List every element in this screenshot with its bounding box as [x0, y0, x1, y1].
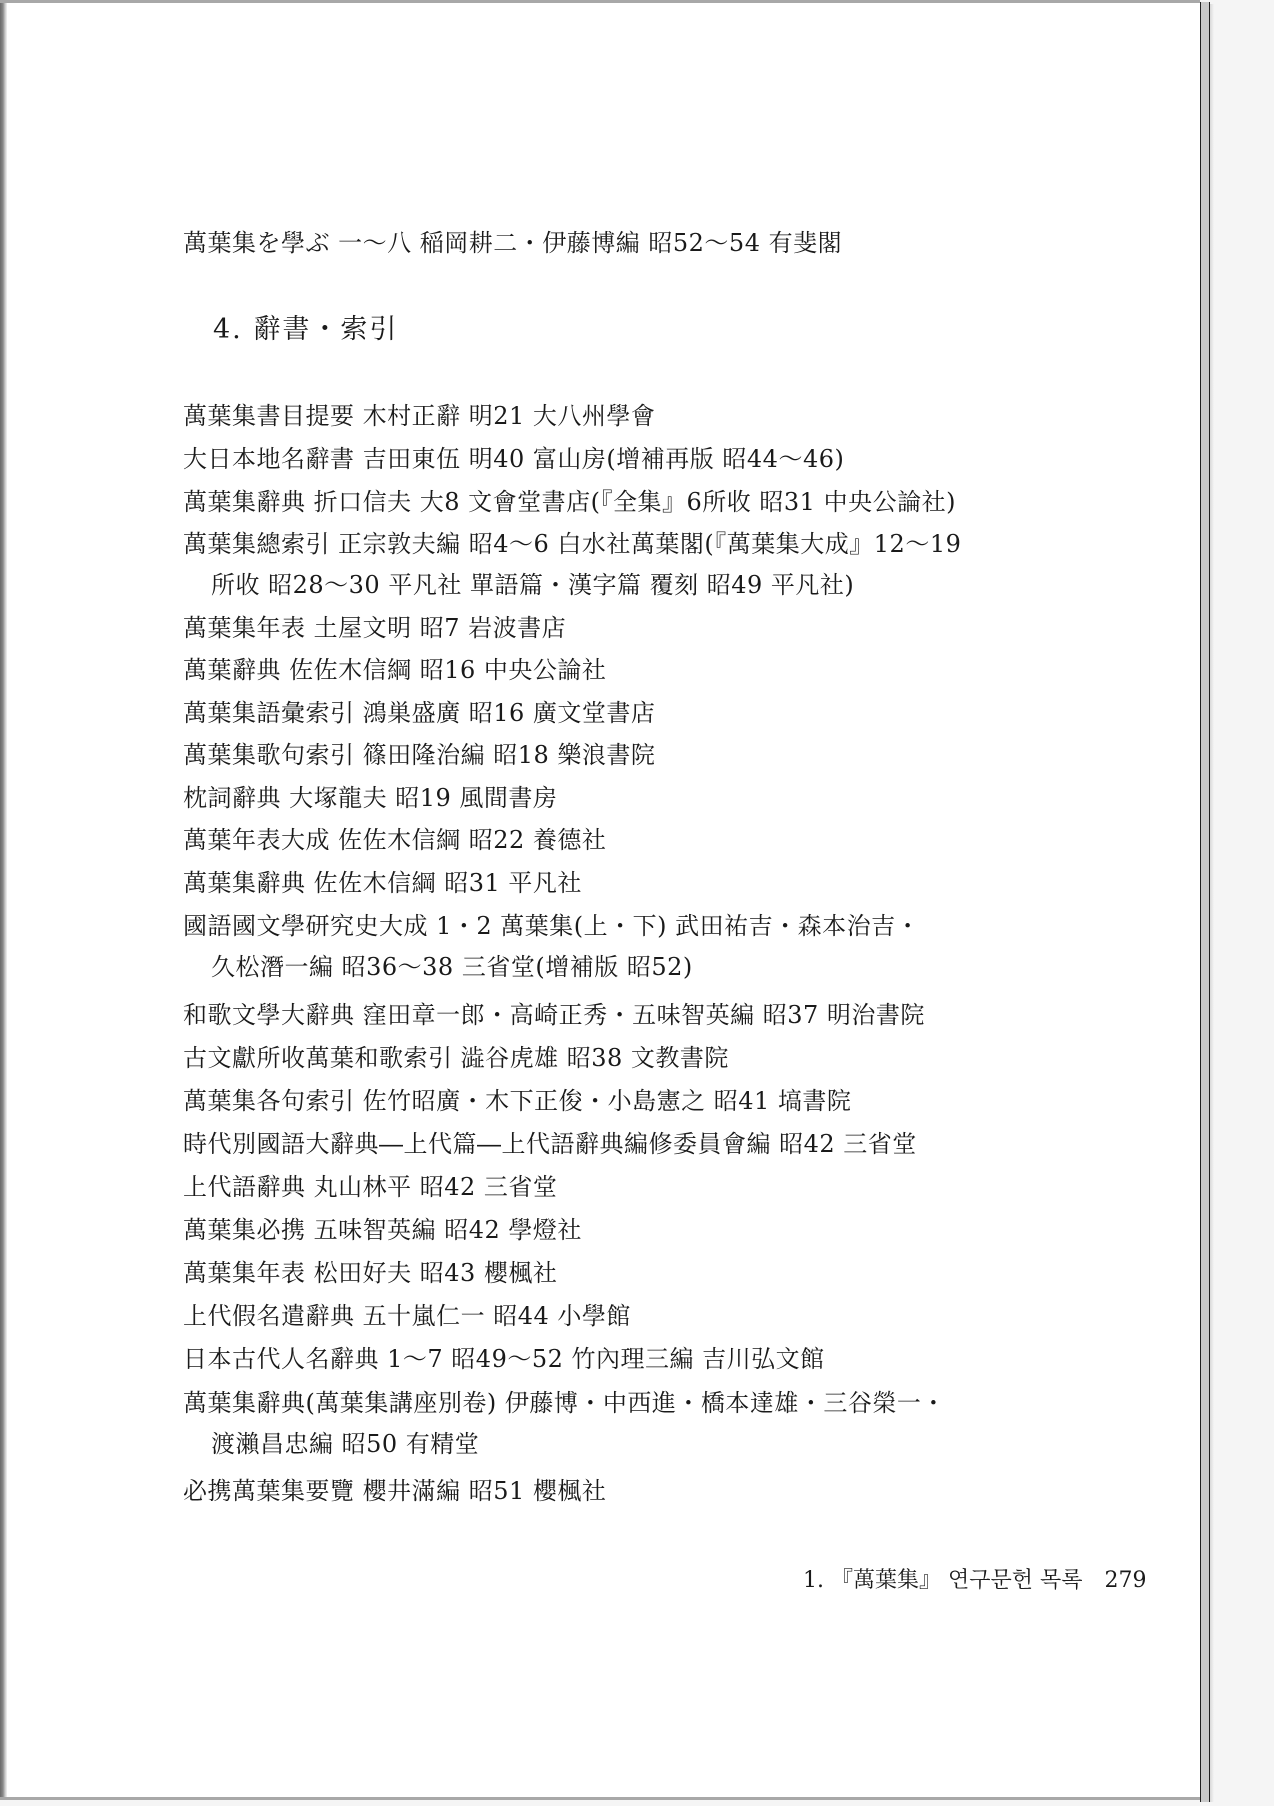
entry-18: 萬葉集必携 五味智英編 昭42 學燈社: [183, 1215, 582, 1245]
entry-10: 萬葉年表大成 佐佐木信綱 昭22 養德社: [183, 825, 606, 855]
entry-17: 上代語辭典 丸山林平 昭42 三省堂: [183, 1172, 557, 1202]
entry-8: 萬葉集歌句索引 篠田隆治編 昭18 樂浪書院: [183, 740, 655, 770]
entry-5: 萬葉集年表 土屋文明 昭7 岩波書店: [183, 613, 566, 643]
running-title: 1. 『萬葉集』 연구문헌 목록: [803, 1568, 1082, 1593]
entry-12-line-2: 久松潛一編 昭36～38 三省堂(增補版 昭52): [211, 952, 693, 982]
entry-12-line-1: 國語國文學研究史大成 1・2 萬葉集(上・下) 武田祐吉・森本治吉・: [183, 911, 920, 941]
entry-9: 枕詞辭典 大塚龍夫 昭19 風間書房: [183, 783, 557, 813]
page-number: 279: [1104, 1568, 1146, 1593]
entry-3: 萬葉集辭典 折口信夫 大8 文會堂書店(『全集』6所收 昭31 中央公論社): [183, 487, 956, 517]
top-entry: 萬葉集を學ぶ 一～八 稲岡耕二・伊藤博編 昭52～54 有斐閣: [183, 228, 842, 258]
entry-6: 萬葉辭典 佐佐木信綱 昭16 中央公論社: [183, 655, 606, 685]
entry-22-line-2: 渡瀨昌忠編 昭50 有精堂: [211, 1429, 479, 1459]
entry-21: 日本古代人名辭典 1～7 昭49～52 竹內理三編 吉川弘文館: [183, 1344, 825, 1374]
document-viewer: 萬葉集を學ぶ 一～八 稲岡耕二・伊藤博編 昭52～54 有斐閣 4. 辭書・索引…: [0, 0, 1274, 1806]
entry-13: 和歌文學大辭典 窪田章一郎・高崎正秀・五味智英編 昭37 明治書院: [183, 1000, 925, 1030]
entry-22-line-1: 萬葉集辭典(萬葉集講座別卷) 伊藤博・中西進・橋本達雄・三谷榮一・: [183, 1388, 946, 1418]
document-page: 萬葉集を學ぶ 一～八 稲岡耕二・伊藤博編 昭52～54 有斐閣 4. 辭書・索引…: [0, 0, 1200, 1800]
page-shadow: [1210, 4, 1214, 1802]
page-right-edge: [1200, 2, 1210, 1802]
page-left-edge: [0, 3, 7, 1797]
page-footer: 1. 『萬葉集』 연구문헌 목록279: [803, 1566, 1146, 1596]
entry-16: 時代別國語大辭典―上代篇―上代語辭典編修委員會編 昭42 三省堂: [183, 1129, 917, 1159]
entry-4-line-2: 所收 昭28～30 平凡社 單語篇・漢字篇 覆刻 昭49 平凡社): [211, 570, 854, 600]
section-heading: 4. 辭書・索引: [213, 313, 398, 347]
entry-23: 必携萬葉集要覽 櫻井滿編 昭51 櫻楓社: [183, 1476, 606, 1506]
entry-15: 萬葉集各句索引 佐竹昭廣・木下正俊・小島憲之 昭41 塙書院: [183, 1086, 851, 1116]
entry-1: 萬葉集書目提要 木村正辭 明21 大八州學會: [183, 401, 655, 431]
entry-14: 古文獻所收萬葉和歌索引 澁谷虎雄 昭38 文教書院: [183, 1043, 729, 1073]
entry-20: 上代假名遣辭典 五十嵐仁一 昭44 小學館: [183, 1301, 631, 1331]
entry-7: 萬葉集語彙索引 鴻巣盛廣 昭16 廣文堂書店: [183, 698, 655, 728]
entry-11: 萬葉集辭典 佐佐木信綱 昭31 平凡社: [183, 868, 582, 898]
entry-19: 萬葉集年表 松田好夫 昭43 櫻楓社: [183, 1258, 557, 1288]
entry-4-line-1: 萬葉集總索引 正宗敦夫編 昭4～6 白水社萬葉閣(『萬葉集大成』12～19: [183, 529, 961, 559]
entry-2: 大日本地名辭書 吉田東伍 明40 富山房(增補再版 昭44～46): [183, 444, 844, 474]
